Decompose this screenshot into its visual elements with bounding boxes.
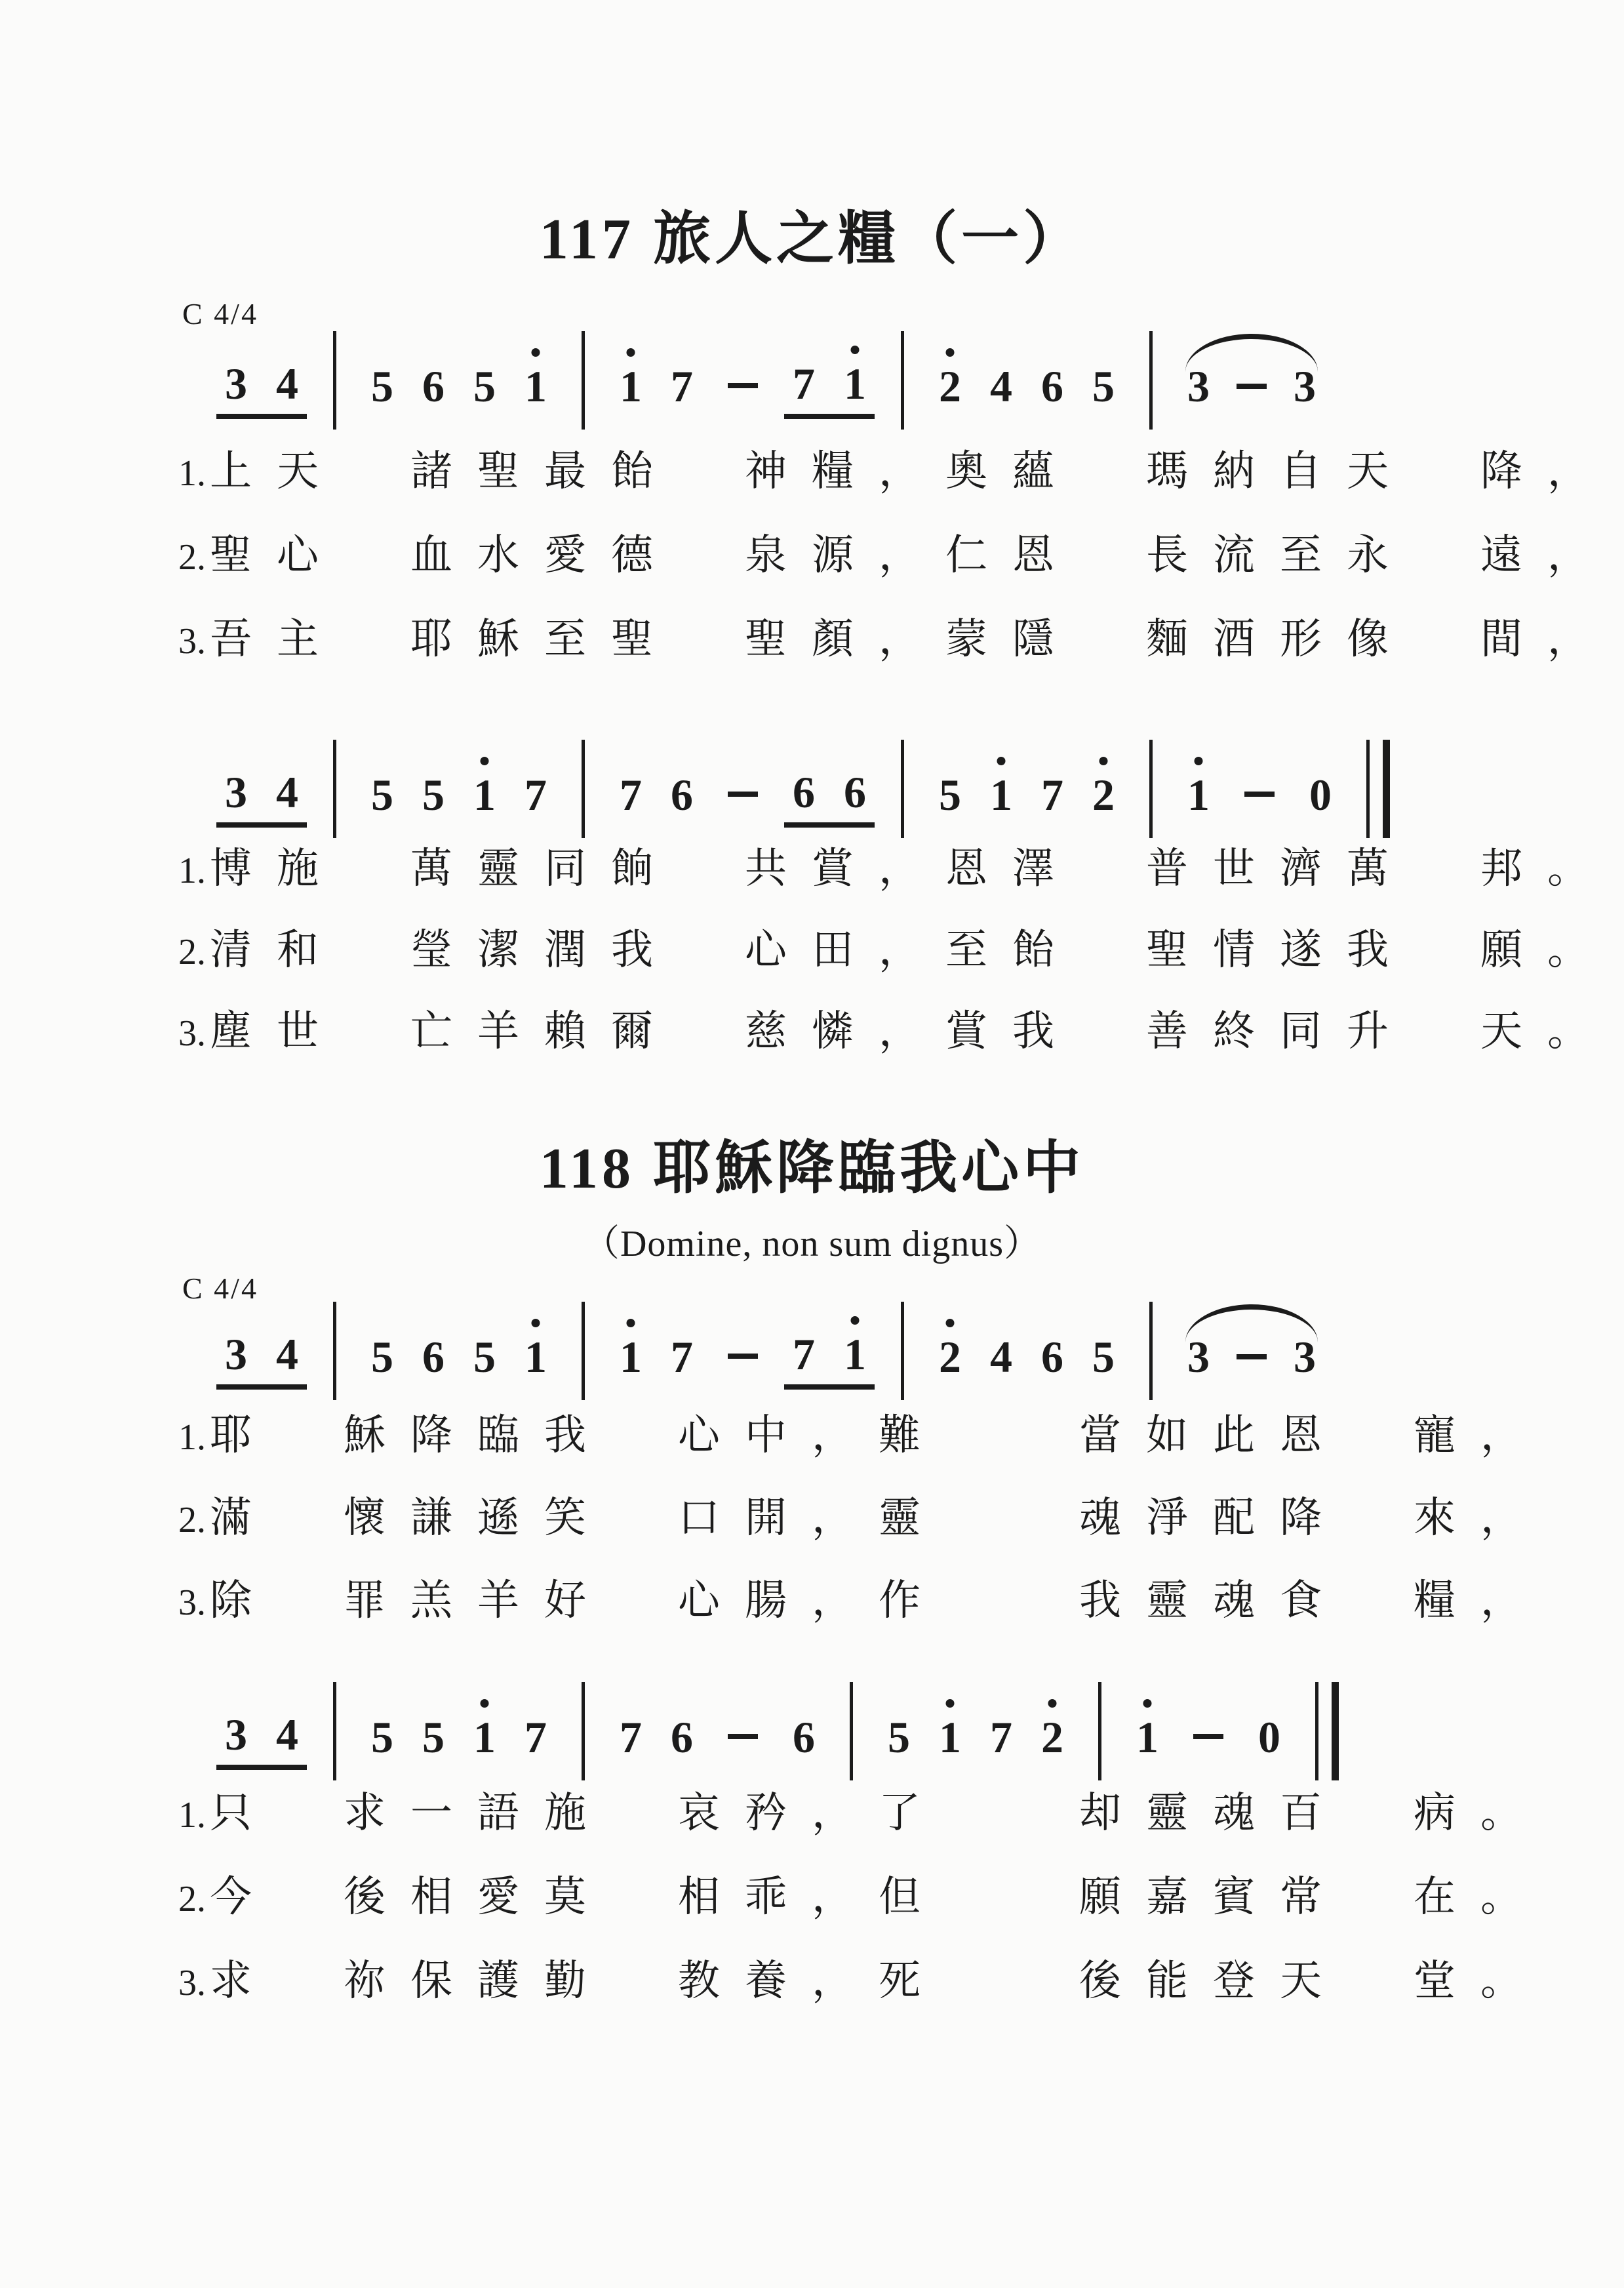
verse-number: 1. bbox=[178, 850, 206, 892]
meter-signature: C 4/4 bbox=[182, 296, 258, 331]
verse-line: 3. 求 祢保護勤 教養，死 後能登天 堂。 bbox=[178, 1957, 1547, 2005]
barline bbox=[582, 331, 585, 430]
note: 1 bbox=[1134, 1715, 1160, 1759]
hymn-number: 117 bbox=[540, 208, 635, 271]
note-group: 1 bbox=[1179, 753, 1218, 825]
barline bbox=[333, 331, 336, 430]
verse-text: 滿 懷謙遜笑 口開，靈 魂淨配降 來， bbox=[210, 1494, 1547, 1542]
note: 1 bbox=[618, 1335, 644, 1379]
note: 5 bbox=[369, 1335, 395, 1379]
verse-line: 3. 除 罪羔羊好 心腸，作 我靈魂食 糧， bbox=[178, 1576, 1547, 1625]
verse-text: 除 罪羔羊好 心腸，作 我靈魂食 糧， bbox=[210, 1576, 1547, 1625]
note-group: 5651 bbox=[363, 344, 555, 416]
verse-number: 1. bbox=[178, 1794, 206, 1836]
tie-arc bbox=[1185, 334, 1318, 372]
note: 7 bbox=[669, 1335, 695, 1379]
note: 5 bbox=[420, 773, 446, 817]
dash-note bbox=[1237, 384, 1267, 389]
verse-number: 1. bbox=[178, 1416, 206, 1458]
verse-line: 1. 耶 穌降臨我 心中，難 當如此恩 寵， bbox=[178, 1411, 1547, 1460]
barline bbox=[1149, 740, 1153, 838]
barline bbox=[901, 331, 904, 430]
verse-line: 2. 滿 懷謙遜笑 口開，靈 魂淨配降 來， bbox=[178, 1494, 1547, 1542]
verse-number: 3. bbox=[178, 1962, 206, 2004]
barline bbox=[901, 740, 904, 838]
dash-note bbox=[1237, 1354, 1267, 1359]
barline bbox=[333, 1682, 336, 1780]
note-group: 33 bbox=[1179, 1315, 1324, 1387]
hymnal-page: 117 旅人之糧（一） C 4/4 3456511771246533 1. 上天… bbox=[0, 0, 1624, 2288]
note: 7 bbox=[618, 1715, 644, 1759]
note-group: 5172 bbox=[930, 753, 1123, 825]
hymn-title-text: 旅人之糧（一） bbox=[653, 208, 1084, 271]
verse-line: 1. 博施 萬靈同餉 共賞，恩澤 普世濟萬 邦。 bbox=[178, 845, 1614, 893]
verse-number: 2. bbox=[178, 1499, 206, 1541]
note: 5 bbox=[1090, 1335, 1117, 1379]
verse-line: 2. 清和 瑩潔潤我 心田，至飴 聖情遂我 願。 bbox=[178, 926, 1614, 974]
verse-number: 3. bbox=[178, 620, 206, 662]
verse-number: 1. bbox=[178, 452, 206, 494]
verse-number: 2. bbox=[178, 536, 206, 578]
barline bbox=[582, 1682, 585, 1780]
note: 2 bbox=[1039, 1715, 1065, 1759]
note: 5 bbox=[471, 364, 498, 409]
note: 5 bbox=[886, 1715, 912, 1759]
note-group: 71 bbox=[784, 1312, 875, 1390]
hymn-title-text: 耶穌降臨我心中 bbox=[653, 1137, 1084, 1201]
hymn-117-title: 117 旅人之糧（一） bbox=[0, 209, 1624, 272]
note: 1 bbox=[523, 1335, 549, 1379]
note-group: 66 bbox=[784, 750, 875, 828]
note-group: 5651 bbox=[363, 1315, 555, 1387]
note: 1 bbox=[471, 773, 498, 817]
note: 7 bbox=[669, 364, 695, 409]
note-group: 0 bbox=[1250, 1695, 1289, 1767]
note: 4 bbox=[274, 770, 300, 814]
note: 5 bbox=[369, 1715, 395, 1759]
note: 0 bbox=[1307, 773, 1334, 817]
barline bbox=[1149, 331, 1153, 430]
dash-note bbox=[1193, 1734, 1223, 1739]
note-group: 34 bbox=[216, 1312, 307, 1390]
note: 7 bbox=[618, 773, 644, 817]
note: 1 bbox=[842, 361, 868, 406]
note: 4 bbox=[274, 1712, 300, 1757]
note: 7 bbox=[1039, 773, 1065, 817]
verse-number: 3. bbox=[178, 1582, 206, 1624]
dash-note bbox=[1244, 792, 1275, 797]
verse-line: 1. 只 求一語施 哀矜，了 却靈魂百 病。 bbox=[178, 1789, 1547, 1837]
note: 7 bbox=[791, 361, 817, 406]
note-group: 33 bbox=[1179, 344, 1324, 416]
meter-signature: C 4/4 bbox=[182, 1271, 258, 1306]
note: 7 bbox=[523, 773, 549, 817]
verse-line: 3. 塵世 亡羊賴爾 慈憐，賞我 善終同升 天。 bbox=[178, 1007, 1614, 1056]
verse-text: 博施 萬靈同餉 共賞，恩澤 普世濟萬 邦。 bbox=[210, 845, 1614, 893]
note: 2 bbox=[1090, 773, 1117, 817]
barline bbox=[333, 1302, 336, 1400]
notation-line: 345517766517210 bbox=[216, 1682, 1339, 1780]
hymn-118-title: 118 耶穌降臨我心中 bbox=[0, 1138, 1624, 1201]
note: 6 bbox=[669, 1715, 695, 1759]
note: 1 bbox=[842, 1332, 868, 1376]
note: 3 bbox=[223, 770, 249, 814]
dash-note bbox=[728, 383, 758, 388]
note: 1 bbox=[937, 1715, 963, 1759]
note: 4 bbox=[988, 1335, 1014, 1379]
verse-text: 只 求一語施 哀矜，了 却靈魂百 病。 bbox=[210, 1789, 1547, 1837]
verse-line: 2. 聖心 血水愛德 泉源，仁恩 長流至永 遠， bbox=[178, 531, 1614, 580]
note: 6 bbox=[791, 1715, 817, 1759]
note: 1 bbox=[988, 773, 1014, 817]
note: 1 bbox=[1185, 773, 1212, 817]
note: 7 bbox=[523, 1715, 549, 1759]
verse-line: 1. 上天 諸聖最飴 神糧，奧蘊 瑪納自天 降， bbox=[178, 447, 1614, 496]
notation-line: 3456511771246533 bbox=[216, 331, 1324, 430]
note: 4 bbox=[274, 1332, 300, 1376]
note-group: 34 bbox=[216, 750, 307, 828]
dash-note bbox=[728, 792, 758, 797]
barline bbox=[901, 1302, 904, 1400]
title-gap bbox=[635, 1137, 653, 1201]
note-group: 2465 bbox=[930, 1315, 1123, 1387]
note: 5 bbox=[1090, 364, 1117, 409]
verse-text: 求 祢保護勤 教養，死 後能登天 堂。 bbox=[210, 1957, 1547, 2005]
note: 3 bbox=[223, 361, 249, 406]
notation-line: 3456511771246533 bbox=[216, 1302, 1324, 1400]
note: 6 bbox=[1039, 364, 1065, 409]
note: 0 bbox=[1256, 1715, 1282, 1759]
verse-text: 今 後相愛莫 相乖，但 願嘉賓常 在。 bbox=[210, 1873, 1547, 1921]
note-group: 34 bbox=[216, 1693, 307, 1770]
verse-text: 吾主 耶穌至聖 聖顏，蒙隱 麵酒形像 間， bbox=[210, 615, 1614, 664]
final-barline bbox=[1315, 1682, 1339, 1780]
note: 5 bbox=[420, 1715, 446, 1759]
note-group: 17 bbox=[611, 1315, 702, 1387]
dash-note bbox=[728, 1354, 758, 1359]
note-group: 71 bbox=[784, 342, 875, 419]
note-group: 6 bbox=[784, 1695, 823, 1767]
note-group: 5172 bbox=[879, 1695, 1072, 1767]
barline bbox=[1098, 1682, 1101, 1780]
note-group: 5517 bbox=[363, 753, 555, 825]
hymn-118-subtitle: （Domine, non sum dignus） bbox=[0, 1214, 1624, 1267]
verse-text: 上天 諸聖最飴 神糧，奧蘊 瑪納自天 降， bbox=[210, 447, 1614, 496]
notation-line: 3455177666517210 bbox=[216, 740, 1390, 838]
note: 6 bbox=[669, 773, 695, 817]
note: 5 bbox=[369, 364, 395, 409]
note: 5 bbox=[471, 1335, 498, 1379]
note: 5 bbox=[369, 773, 395, 817]
verse-text: 塵世 亡羊賴爾 慈憐，賞我 善終同升 天。 bbox=[210, 1007, 1614, 1056]
barline bbox=[582, 1302, 585, 1400]
note: 7 bbox=[791, 1332, 817, 1376]
note: 4 bbox=[988, 364, 1014, 409]
note: 3 bbox=[223, 1332, 249, 1376]
verse-number: 2. bbox=[178, 1878, 206, 1920]
verse-line: 3. 吾主 耶穌至聖 聖顏，蒙隱 麵酒形像 間， bbox=[178, 615, 1614, 664]
note-group: 76 bbox=[611, 1695, 702, 1767]
note: 1 bbox=[471, 1715, 498, 1759]
barline bbox=[850, 1682, 853, 1780]
verse-number: 3. bbox=[178, 1013, 206, 1054]
note-group: 17 bbox=[611, 344, 702, 416]
note: 7 bbox=[988, 1715, 1014, 1759]
note: 6 bbox=[420, 1335, 446, 1379]
note-group: 2465 bbox=[930, 344, 1123, 416]
verse-text: 清和 瑩潔潤我 心田，至飴 聖情遂我 願。 bbox=[210, 926, 1614, 974]
note: 1 bbox=[618, 364, 644, 409]
note: 3 bbox=[223, 1712, 249, 1757]
note-group: 5517 bbox=[363, 1695, 555, 1767]
note: 5 bbox=[937, 773, 963, 817]
verse-text: 聖心 血水愛德 泉源，仁恩 長流至永 遠， bbox=[210, 531, 1614, 580]
note-group: 76 bbox=[611, 753, 702, 825]
note: 4 bbox=[274, 361, 300, 406]
final-barline bbox=[1366, 740, 1390, 838]
note: 6 bbox=[791, 770, 817, 814]
note: 1 bbox=[523, 364, 549, 409]
barline bbox=[582, 740, 585, 838]
note-group: 34 bbox=[216, 342, 307, 419]
note-group: 1 bbox=[1128, 1695, 1167, 1767]
dash-note bbox=[728, 1734, 758, 1739]
title-gap bbox=[635, 208, 653, 271]
barline bbox=[1149, 1302, 1153, 1400]
verse-number: 2. bbox=[178, 931, 206, 973]
verse-text: 耶 穌降臨我 心中，難 當如此恩 寵， bbox=[210, 1411, 1547, 1460]
note: 6 bbox=[420, 364, 446, 409]
note-group: 0 bbox=[1301, 753, 1340, 825]
barline bbox=[333, 740, 336, 838]
tie-arc bbox=[1185, 1304, 1318, 1342]
note: 2 bbox=[937, 364, 963, 409]
verse-line: 2. 今 後相愛莫 相乖，但 願嘉賓常 在。 bbox=[178, 1873, 1547, 1921]
hymn-number: 118 bbox=[540, 1137, 635, 1201]
note: 2 bbox=[937, 1335, 963, 1379]
note: 6 bbox=[842, 770, 868, 814]
note: 6 bbox=[1039, 1335, 1065, 1379]
